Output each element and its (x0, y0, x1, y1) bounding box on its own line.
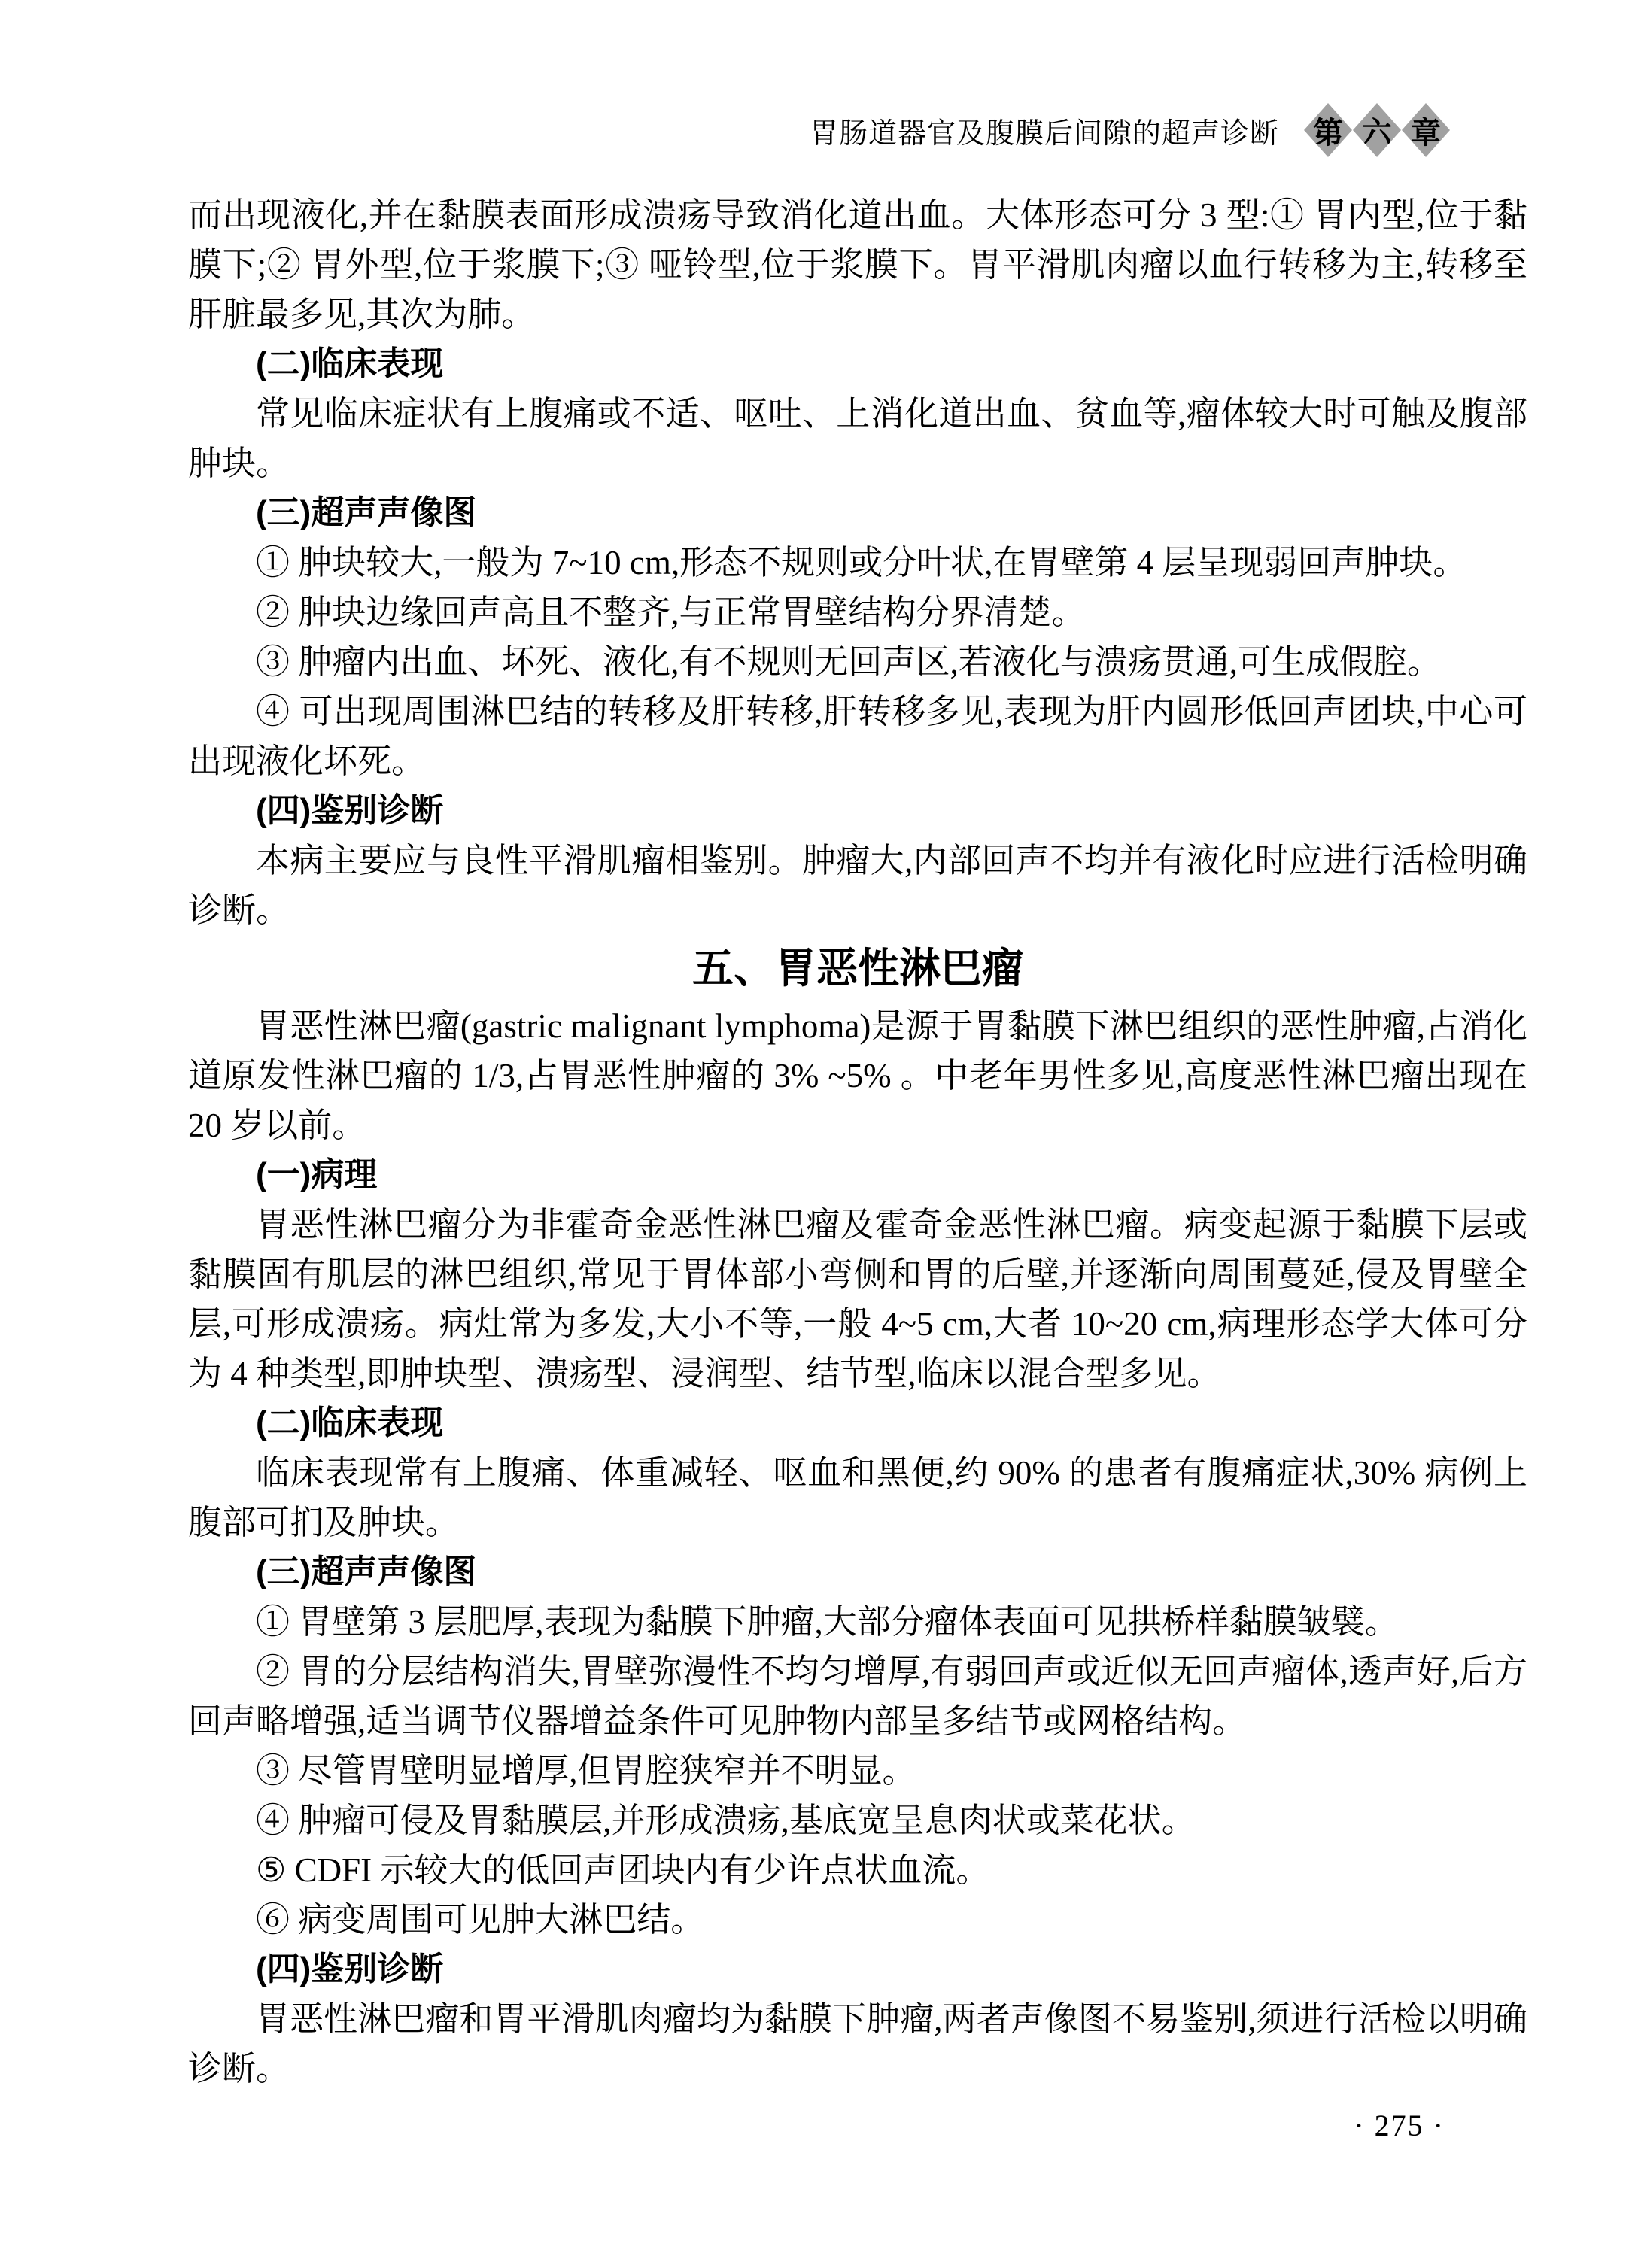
list-item: ② 胃的分层结构消失,胃壁弥漫性不均匀增厚,有弱回声或近似无回声瘤体,透声好,后… (188, 1647, 1527, 1746)
subsection-heading: (四)鉴别诊断 (188, 1945, 1527, 1994)
chapter-badge-char: 第 (1313, 109, 1343, 152)
page-number: · 275 · (1354, 2108, 1445, 2143)
subsection-heading: (四)鉴别诊断 (188, 786, 1527, 836)
chapter-badge-diamond: 章 (1402, 103, 1450, 157)
chapter-badge-diamond: 第 (1304, 103, 1352, 157)
running-header-title: 胃肠道器官及腹膜后间隙的超声诊断 (810, 110, 1279, 151)
page-body: 而出现液化,并在黏膜表面形成溃疡导致消化道出血。大体形态可分 3 型:① 胃内型… (188, 190, 1527, 2093)
chapter-badge-diamond: 六 (1353, 103, 1401, 157)
list-item: ③ 尽管胃壁明显增厚,但胃腔狭窄并不明显。 (188, 1746, 1527, 1796)
paragraph: 胃恶性淋巴瘤分为非霍奇金恶性淋巴瘤及霍奇金恶性淋巴瘤。病变起源于黏膜下层或黏膜固… (188, 1200, 1527, 1398)
chapter-badge-char: 六 (1362, 109, 1392, 152)
subsection-heading: (三)超声声像图 (188, 488, 1527, 538)
list-item: ⑤ CDFI 示较大的低回声团块内有少许点状血流。 (188, 1845, 1527, 1895)
chapter-badge-char: 章 (1411, 109, 1441, 152)
subsection-heading: (二)临床表现 (188, 1398, 1527, 1448)
document-page: 胃肠道器官及腹膜后间隙的超声诊断 第六章 而出现液化,并在黏膜表面形成溃疡导致消… (0, 0, 1629, 2268)
list-item: ② 肿块边缘回声高且不整齐,与正常胃壁结构分界清楚。 (188, 587, 1527, 637)
paragraph: 本病主要应与良性平滑肌瘤相鉴别。肿瘤大,内部回声不均并有液化时应进行活检明确诊断… (188, 836, 1527, 935)
running-header: 胃肠道器官及腹膜后间隙的超声诊断 第六章 (810, 102, 1450, 158)
paragraph: 临床表现常有上腹痛、体重减轻、呕血和黑便,约 90% 的患者有腹痛症状,30% … (188, 1448, 1527, 1547)
list-item: ① 肿块较大,一般为 7~10 cm,形态不规则或分叶状,在胃壁第 4 层呈现弱… (188, 538, 1527, 587)
paragraph: 胃恶性淋巴瘤(gastric malignant lymphoma)是源于胃黏膜… (188, 1001, 1527, 1150)
list-item: ④ 可出现周围淋巴结的转移及肝转移,肝转移多见,表现为肝内圆形低回声团块,中心可… (188, 687, 1527, 786)
list-item: ⑥ 病变周围可见肿大淋巴结。 (188, 1895, 1527, 1945)
section-title: 五、胃恶性淋巴瘤 (188, 935, 1527, 1001)
list-item: ③ 肿瘤内出血、坏死、液化,有不规则无回声区,若液化与溃疡贯通,可生成假腔。 (188, 637, 1527, 687)
paragraph: 常见临床症状有上腹痛或不适、呕吐、上消化道出血、贫血等,瘤体较大时可触及腹部肿块… (188, 389, 1527, 488)
subsection-heading: (三)超声声像图 (188, 1547, 1527, 1597)
subsection-heading: (二)临床表现 (188, 339, 1527, 389)
paragraph: 而出现液化,并在黏膜表面形成溃疡导致消化道出血。大体形态可分 3 型:① 胃内型… (188, 190, 1527, 339)
list-item: ① 胃壁第 3 层肥厚,表现为黏膜下肿瘤,大部分瘤体表面可见拱桥样黏膜皱襞。 (188, 1597, 1527, 1647)
chapter-badge: 第六章 (1303, 103, 1450, 157)
paragraph: 胃恶性淋巴瘤和胃平滑肌肉瘤均为黏膜下肿瘤,两者声像图不易鉴别,须进行活检以明确诊… (188, 1994, 1527, 2093)
subsection-heading: (一)病理 (188, 1150, 1527, 1200)
list-item: ④ 肿瘤可侵及胃黏膜层,并形成溃疡,基底宽呈息肉状或菜花状。 (188, 1796, 1527, 1845)
